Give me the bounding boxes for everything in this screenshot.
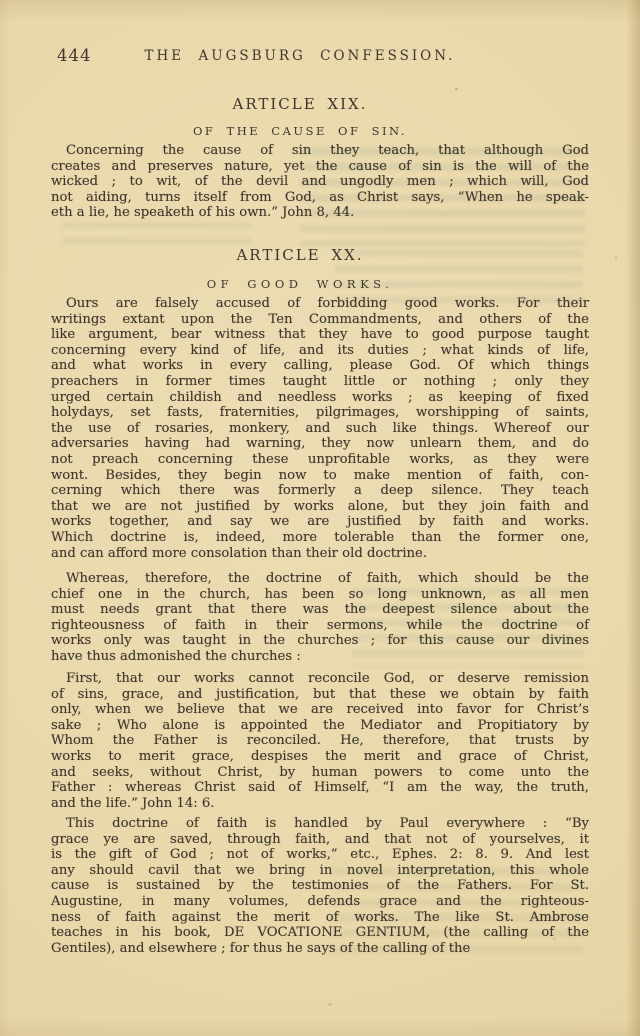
text-line: Whom the Father is reconciled. He, there… <box>51 733 589 749</box>
paper-speck <box>455 88 458 90</box>
text-line: Which doctrine is, indeed, more tolerabl… <box>51 530 589 546</box>
text-line: wicked ; to wit, of the devil and ungodl… <box>51 174 589 190</box>
text-line: writings extant upon the Ten Commandment… <box>51 312 589 328</box>
paragraph-good-works-2: Whereas, therefore, the doctrine of fait… <box>51 571 589 665</box>
text-line: and what works in every calling, please … <box>51 358 589 374</box>
text-line: works together, and say we are justified… <box>51 514 589 530</box>
text-line: urged certain childish and needless work… <box>51 390 589 406</box>
text-line: Father : whereas Christ said of Himself,… <box>51 780 589 796</box>
text-line: not preach concerning these unprofitable… <box>51 452 589 468</box>
article-xix-heading: ARTICLE XIX. <box>0 95 600 113</box>
text-line: Gentiles), and elsewhere ; for thus he s… <box>51 941 589 957</box>
text-line: wont. Besides, they begin now to make me… <box>51 468 589 484</box>
text-line: This doctrine of faith is handled by Pau… <box>51 816 589 832</box>
text-line: only, when we believe that we are receiv… <box>51 702 589 718</box>
text-line: preachers in former times taught little … <box>51 374 589 390</box>
book-page: 444 THE AUGSBURG CONFESSION. ARTICLE XIX… <box>0 0 640 1036</box>
article-xx-subheading: OF GOOD WORKS. <box>0 277 600 291</box>
text-line: cause is sustained by the testimonies of… <box>51 878 589 894</box>
text-line: and seeks, without Christ, by human powe… <box>51 765 589 781</box>
text-line: Concerning the cause of sin they teach, … <box>51 143 589 159</box>
article-xix-subheading: OF THE CAUSE OF SIN. <box>0 124 600 138</box>
text-line: any should cavil that we bring in novel … <box>51 863 589 879</box>
text-line: ness of faith against the merit of works… <box>51 910 589 926</box>
text-line: First, that our works cannot reconcile G… <box>51 671 589 687</box>
text-line: works to merit grace, despises the merit… <box>51 749 589 765</box>
text-line: is the gift of God ; not of works,” etc.… <box>51 847 589 863</box>
article-xx-heading: ARTICLE XX. <box>0 246 600 264</box>
page-header: 444 THE AUGSBURG CONFESSION. <box>0 46 600 66</box>
paper-speck <box>615 257 617 259</box>
text-line: not aiding, turns itself from God, as Ch… <box>51 190 589 206</box>
text-line: grace ye are saved, through faith, and t… <box>51 832 589 848</box>
text-line: of sins, grace, and justification, but t… <box>51 687 589 703</box>
text-line: righteousness of faith in their sermons,… <box>51 618 589 634</box>
text-line: like argument, bear witness that they ha… <box>51 327 589 343</box>
text-line: cerning which there was formerly a deep … <box>51 483 589 499</box>
text-line: and can afford more consolation than the… <box>51 546 589 562</box>
text-line: that we are not justified by works alone… <box>51 499 589 515</box>
text-line: eth a lie, he speaketh of his own.” John… <box>51 205 589 221</box>
text-line: sake ; Who alone is appointed the Mediat… <box>51 718 589 734</box>
text-line: have thus admonished the churches : <box>51 649 589 665</box>
text-line: chief one in the church, has been so lon… <box>51 587 589 603</box>
text-line: adversaries having had warning, they now… <box>51 436 589 452</box>
text-line: works only was taught in the churches ; … <box>51 633 589 649</box>
paragraph-good-works-3: First, that our works cannot reconcile G… <box>51 671 589 811</box>
text-line: Whereas, therefore, the doctrine of fait… <box>51 571 589 587</box>
text-line: concerning every kind of life, and its d… <box>51 343 589 359</box>
text-line: holydays, set fasts, fraternities, pilgr… <box>51 405 589 421</box>
text-line: teaches in his book, DE VOCATIONE GENTIU… <box>51 925 589 941</box>
paragraph-good-works-1: Ours are falsely accused of forbidding g… <box>51 296 589 561</box>
paper-speck <box>328 1003 332 1006</box>
text-line: Ours are falsely accused of forbidding g… <box>51 296 589 312</box>
text-line: must needs grant that there was the deep… <box>51 602 589 618</box>
text-line: the use of rosaries, monkery, and such l… <box>51 421 589 437</box>
text-line: creates and preserves nature, yet the ca… <box>51 159 589 175</box>
paragraph-cause-of-sin: Concerning the cause of sin they teach, … <box>51 143 589 221</box>
text-line: Augustine, in many volumes, defends grac… <box>51 894 589 910</box>
paragraph-good-works-4: This doctrine of faith is handled by Pau… <box>51 816 589 956</box>
bleedthrough-text-shadow <box>62 222 252 248</box>
running-title: THE AUGSBURG CONFESSION. <box>0 48 600 64</box>
text-line: and the life.” John 14: 6. <box>51 796 589 812</box>
